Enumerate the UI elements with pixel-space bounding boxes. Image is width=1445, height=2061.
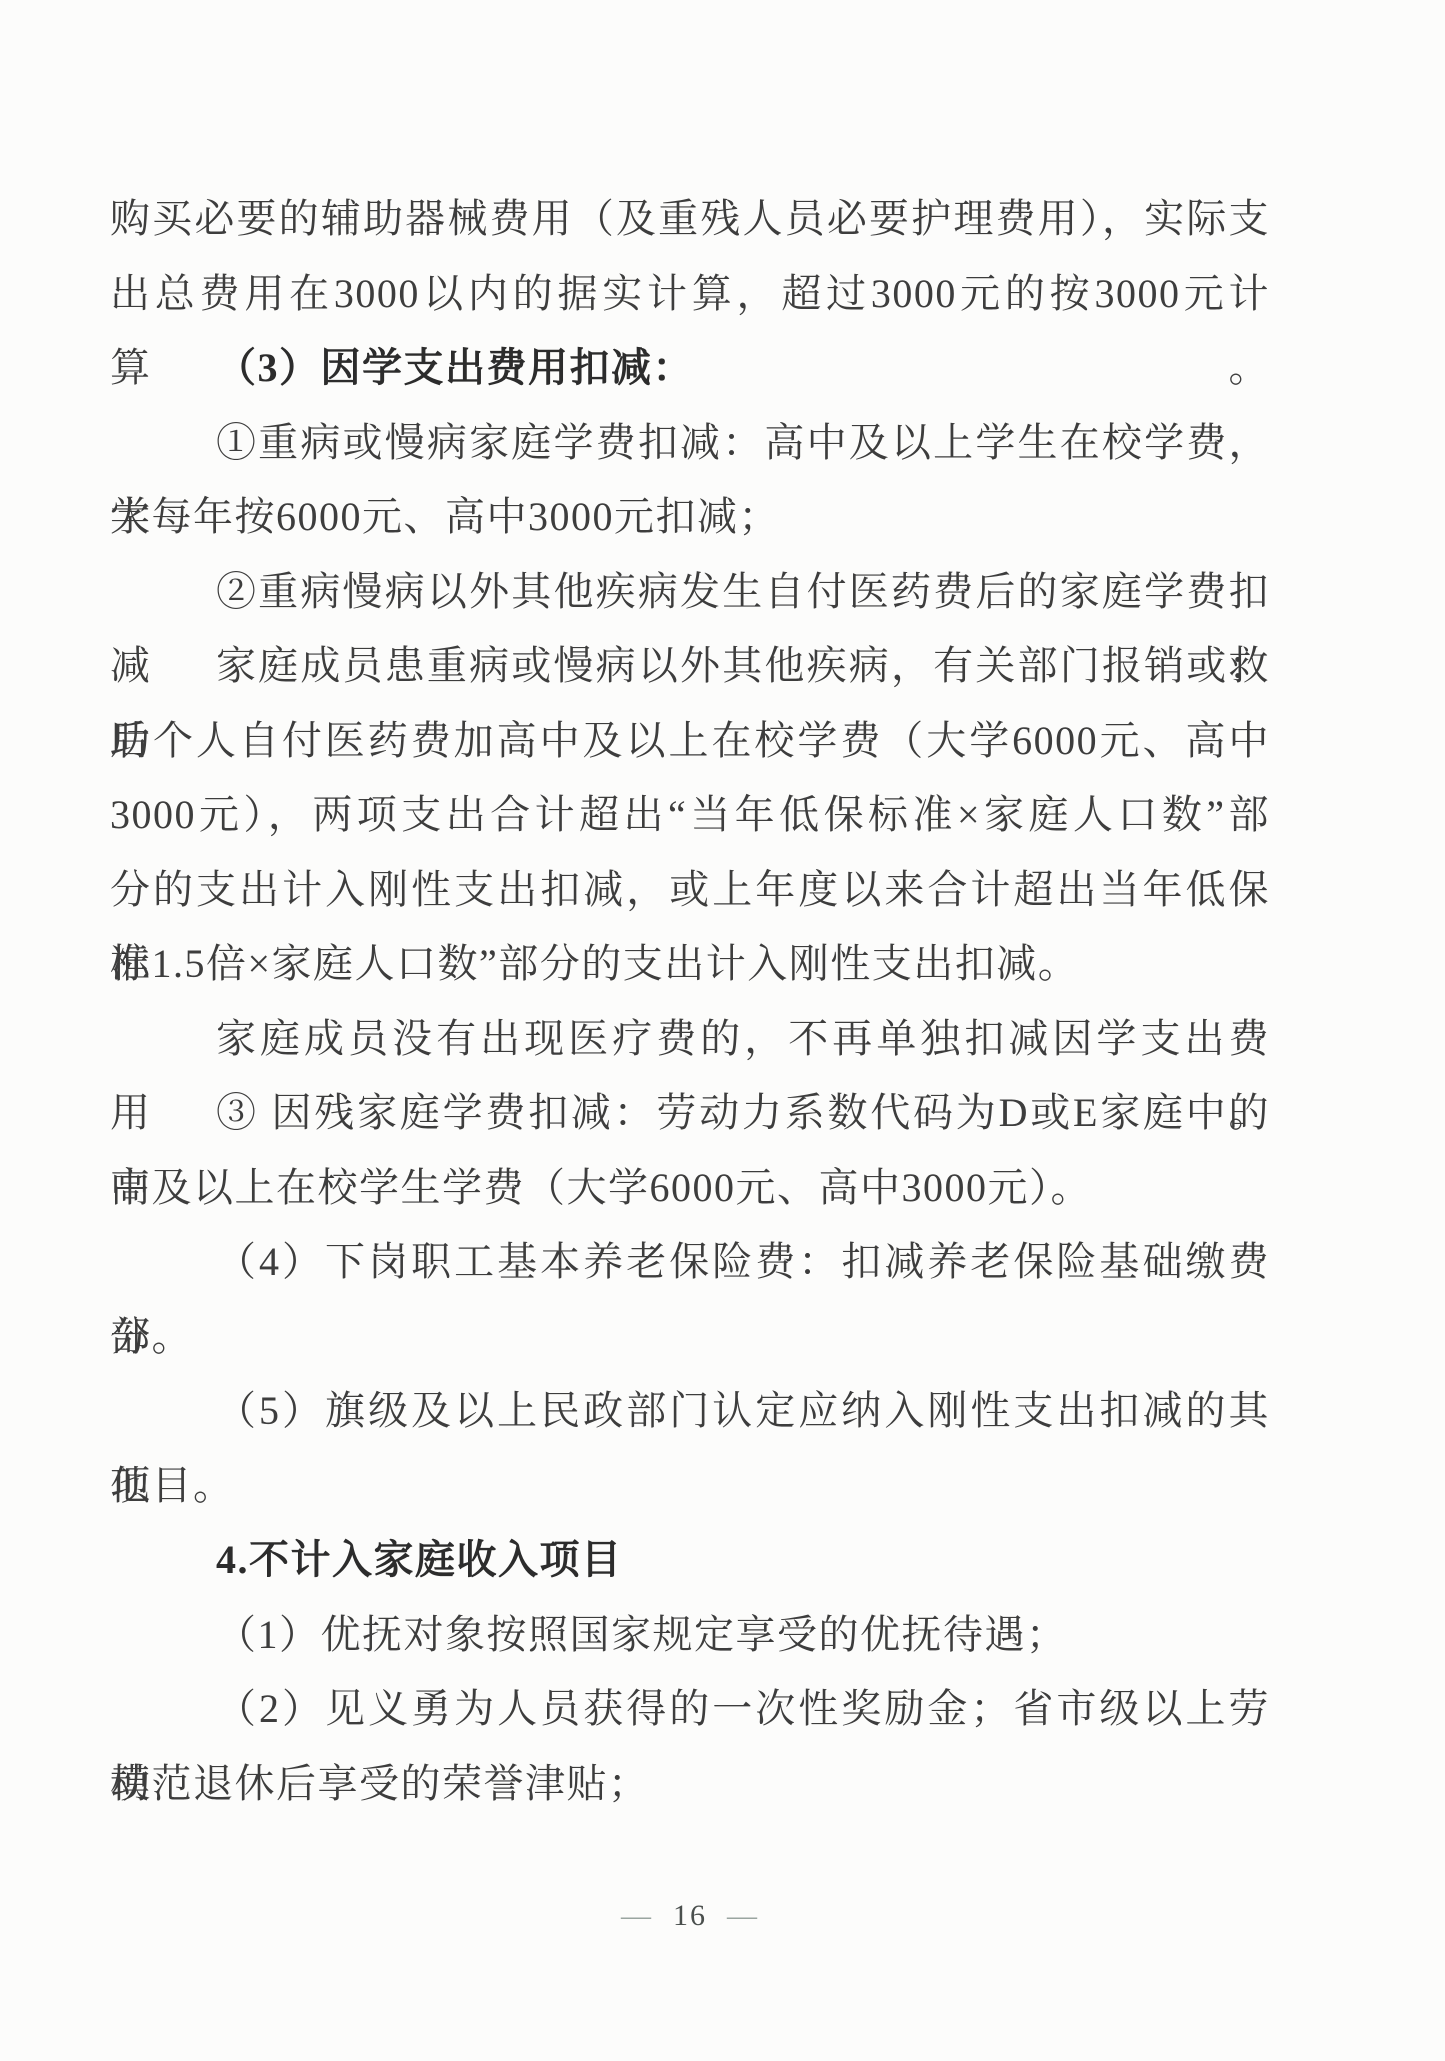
text-line: 分的支出计入刚性支出扣减，或上年度以来合计超出当年低保标 [110,853,1270,928]
text-line: 分。 [110,1300,1270,1375]
text-line: ②重病慢病以外其他疾病发生自付医药费后的家庭学费扣减： [110,555,1270,630]
text-line: 出总费用在3000以内的据实计算，超过3000元的按3000元计算。 [110,257,1270,332]
page-footer: —16— [110,1896,1270,1936]
text-line: 购买必要的辅助器械费用（及重残人员必要护理费用），实际支 [110,182,1270,257]
document-page: 购买必要的辅助器械费用（及重残人员必要护理费用），实际支出总费用在3000以内的… [0,0,1445,2061]
text-line: （2）见义勇为人员获得的一次性奖励金；省市级以上劳动 [110,1672,1270,1747]
text-line: 家庭成员没有出现医疗费的，不再单独扣减因学支出费用。 [110,1002,1270,1077]
text-line: 项目。 [110,1449,1270,1524]
footer-dash-right: — [713,1899,773,1932]
text-line: ③ 因残家庭学费扣减：劳动力系数代码为D或E家庭中的高 [110,1076,1270,1151]
page-number: 16 [667,1899,713,1932]
text-line: 模范退休后享受的荣誉津贴； [110,1747,1270,1822]
text-line: （1）优抚对象按照国家规定享受的优抚待遇； [110,1598,1270,1673]
text-line: 中及以上在校学生学费（大学6000元、高中3000元）。 [110,1151,1270,1226]
document-body: 购买必要的辅助器械费用（及重残人员必要护理费用），实际支出总费用在3000以内的… [110,182,1270,1821]
text-line: （4）下岗职工基本养老保险费：扣减养老保险基础缴费部 [110,1225,1270,1300]
text-line: 准1.5倍×家庭人口数”部分的支出计入刚性支出扣减。 [110,927,1270,1002]
text-line: （5）旗级及以上民政部门认定应纳入刚性支出扣减的其他 [110,1374,1270,1449]
text-line: 3000元），两项支出合计超出“当年低保标准×家庭人口数”部 [110,778,1270,853]
text-line: ①重病或慢病家庭学费扣减：高中及以上学生在校学费，大 [110,406,1270,481]
text-line: 家庭成员患重病或慢病以外其他疾病，有关部门报销或救助 [110,629,1270,704]
footer-dash-left: — [607,1899,667,1932]
text-line: 4.不计入家庭收入项目 [110,1523,1270,1598]
text-line: 后个人自付医药费加高中及以上在校学费（大学6000元、高中 [110,704,1270,779]
text-line: 学每年按6000元、高中3000元扣减； [110,480,1270,555]
